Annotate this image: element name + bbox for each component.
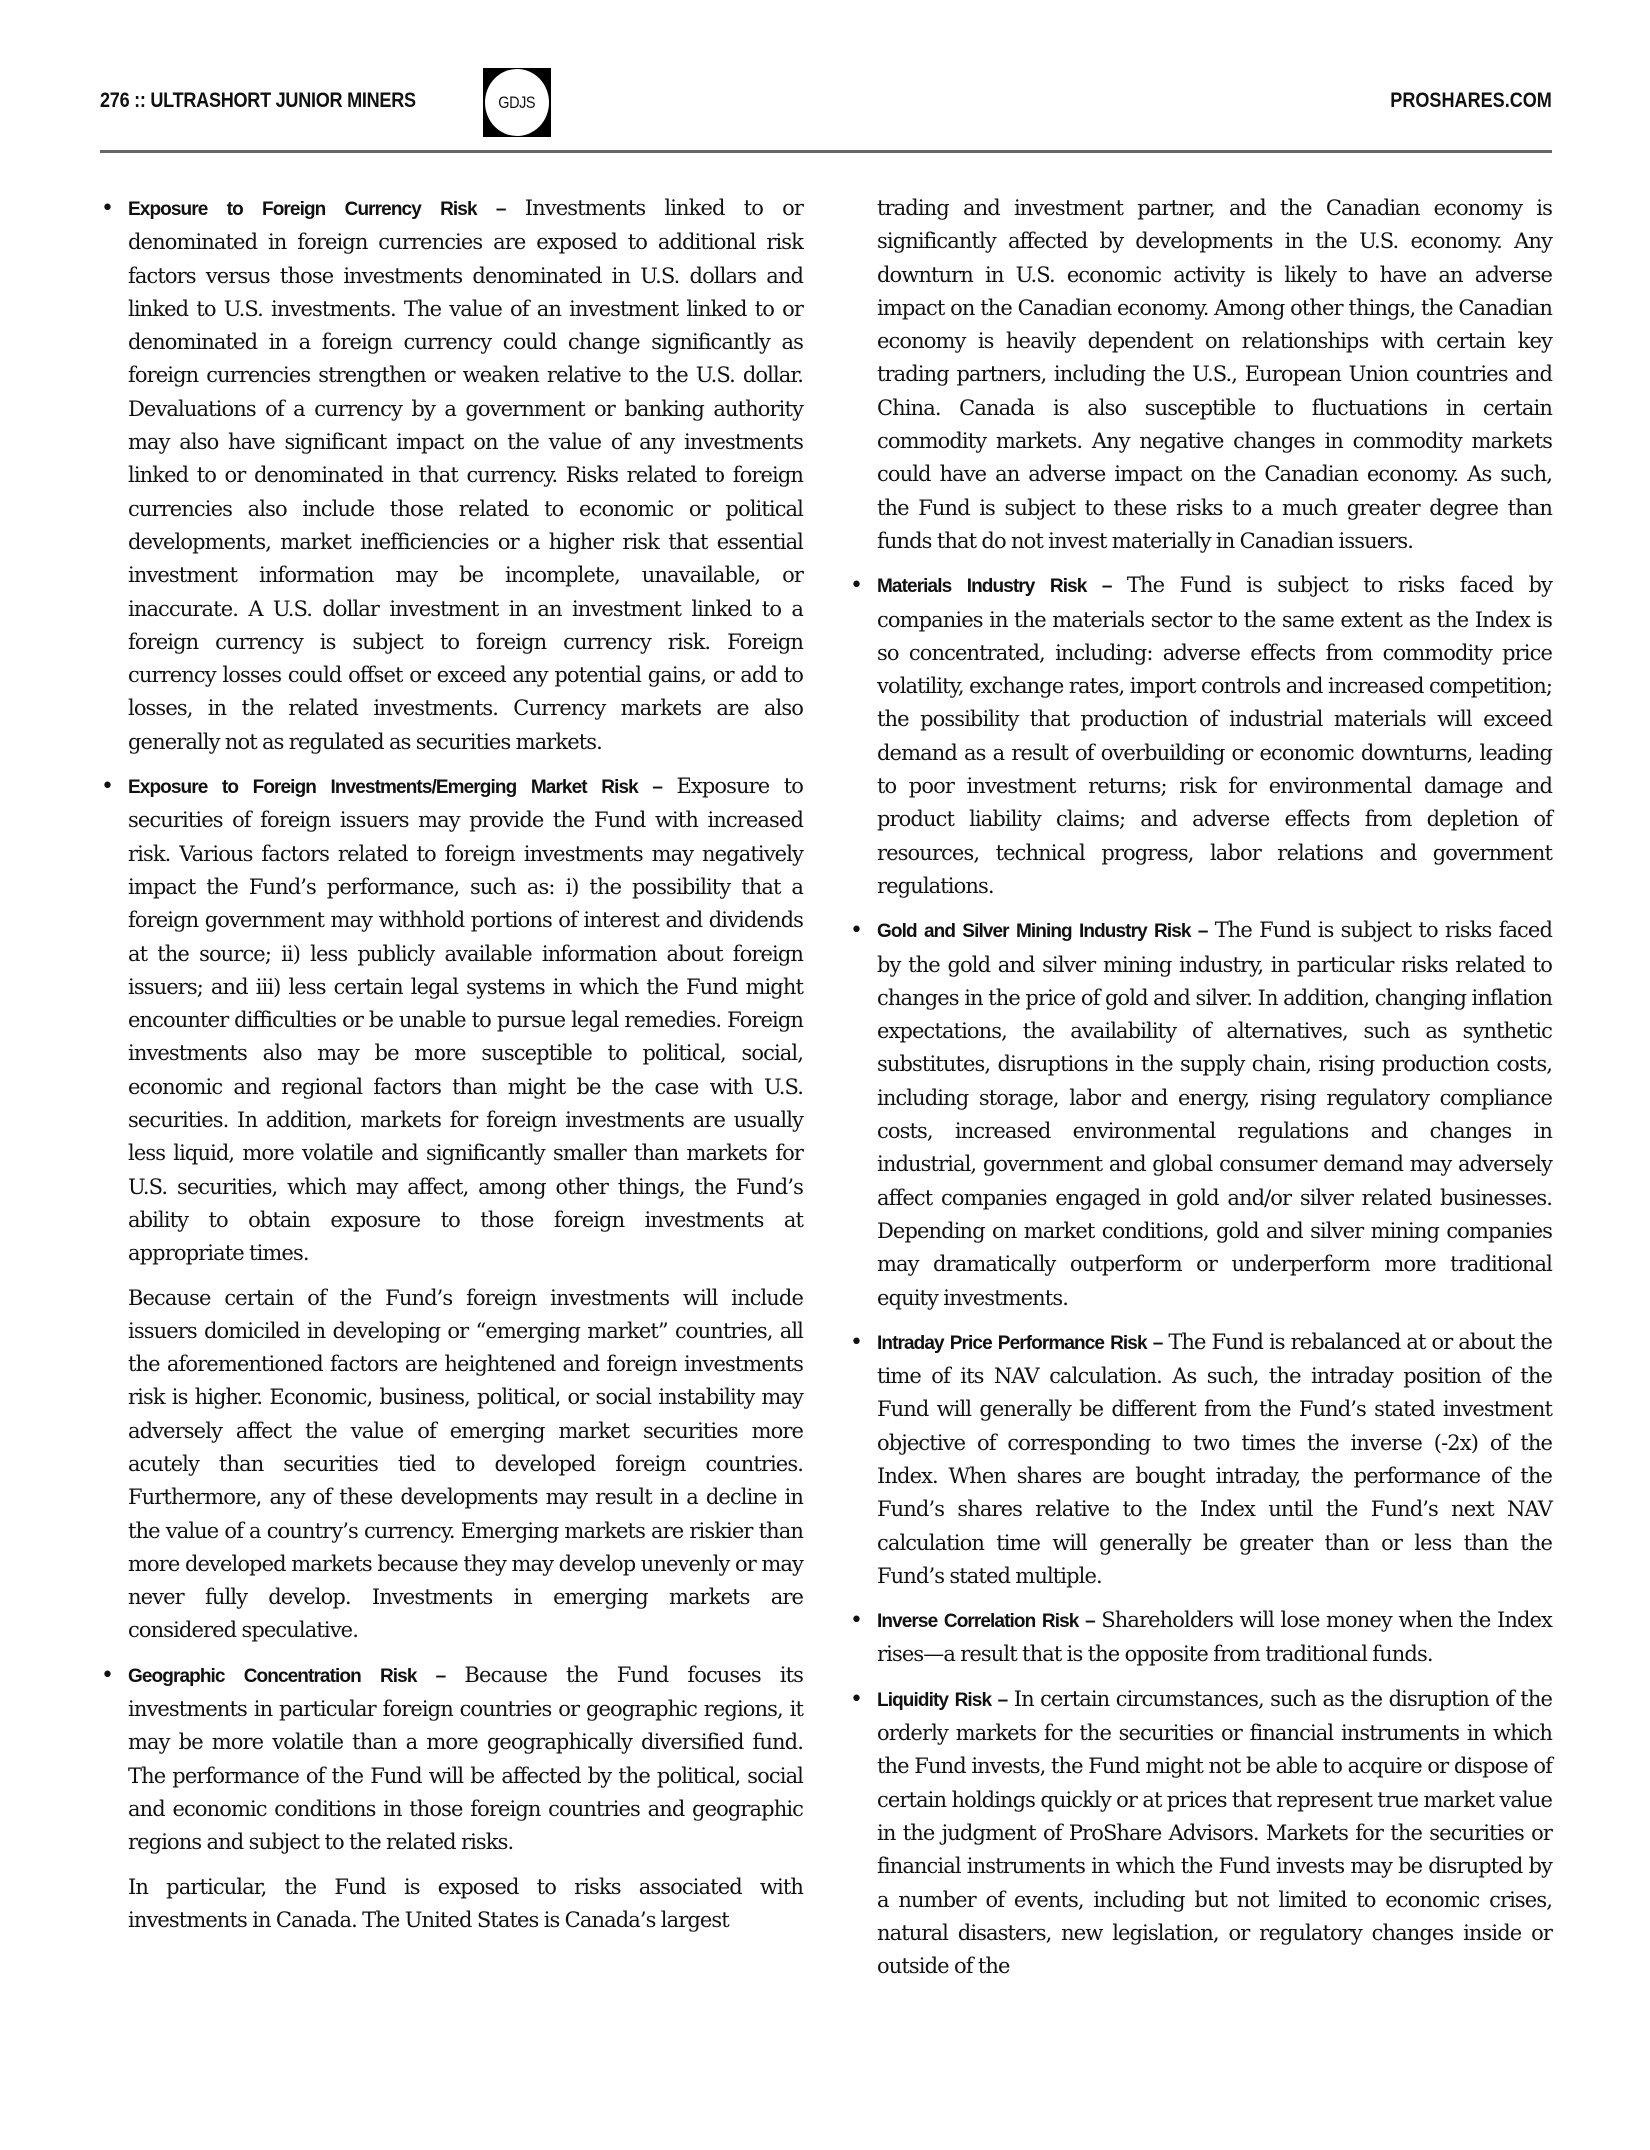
- right-column: trading and investment partner, and the …: [877, 192, 1552, 1994]
- risk-term: Geographic Concentration Risk –: [128, 1666, 445, 1687]
- risk-item-intraday-price: Intraday Price Performance Risk – The Fu…: [877, 1326, 1552, 1593]
- risk-term: Exposure to Foreign Investments/Emerging…: [128, 777, 662, 798]
- ticker-badge: GDJS: [483, 68, 551, 137]
- risk-text: In certain circumstances, such as the di…: [877, 1687, 1552, 1978]
- page-header: 276 :: ULTRASHORT JUNIOR MINERS GDJS PRO…: [100, 66, 1552, 156]
- page-label: 276 :: ULTRASHORT JUNIOR MINERS: [100, 89, 416, 113]
- risk-term: Inverse Correlation Risk –: [877, 1611, 1095, 1632]
- risk-text: Because the Fund focuses its investments…: [128, 1663, 803, 1854]
- risk-text: The Fund is subject to risks faced by th…: [877, 918, 1552, 1309]
- left-column: Exposure to Foreign Currency Risk – Inve…: [128, 192, 803, 1948]
- canada-paragraph-start: In particular, the Fund is exposed to ri…: [128, 1871, 803, 1938]
- risk-item-inverse-correlation: Inverse Correlation Risk – Shareholders …: [877, 1604, 1552, 1672]
- ticker-badge-circle: GDJS: [485, 69, 549, 136]
- risk-text: The Fund is rebalanced at or about the t…: [877, 1330, 1552, 1588]
- canada-paragraph-continued: trading and investment partner, and the …: [877, 192, 1552, 558]
- risk-item-gold-silver-mining: Gold and Silver Mining Industry Risk – T…: [877, 914, 1552, 1315]
- ticker-badge-text: GDJS: [499, 93, 536, 113]
- risk-item-geographic-concentration: Geographic Concentration Risk – Because …: [128, 1659, 803, 1860]
- risk-term: Liquidity Risk –: [877, 1690, 1007, 1711]
- risk-text: Exposure to securities of foreign issuer…: [128, 774, 803, 1265]
- risk-item-foreign-investments: Exposure to Foreign Investments/Emerging…: [128, 770, 803, 1270]
- risk-item-foreign-currency: Exposure to Foreign Currency Risk – Inve…: [128, 192, 803, 759]
- risk-item-liquidity: Liquidity Risk – In certain circumstance…: [877, 1683, 1552, 1984]
- risk-text: The Fund is subject to risks faced by co…: [877, 573, 1552, 898]
- risk-term: Intraday Price Performance Risk –: [877, 1333, 1162, 1354]
- risk-item-materials-industry: Materials Industry Risk – The Fund is su…: [877, 569, 1552, 903]
- site-name: PROSHARES.COM: [1390, 89, 1552, 113]
- emerging-markets-paragraph: Because certain of the Fund’s foreign in…: [128, 1282, 803, 1648]
- risk-term: Exposure to Foreign Currency Risk –: [128, 199, 506, 220]
- risk-term: Gold and Silver Mining Industry Risk –: [877, 921, 1208, 942]
- risk-text: Investments linked to or denominated in …: [128, 196, 803, 754]
- risk-term: Materials Industry Risk –: [877, 576, 1112, 597]
- header-divider: [100, 150, 1552, 153]
